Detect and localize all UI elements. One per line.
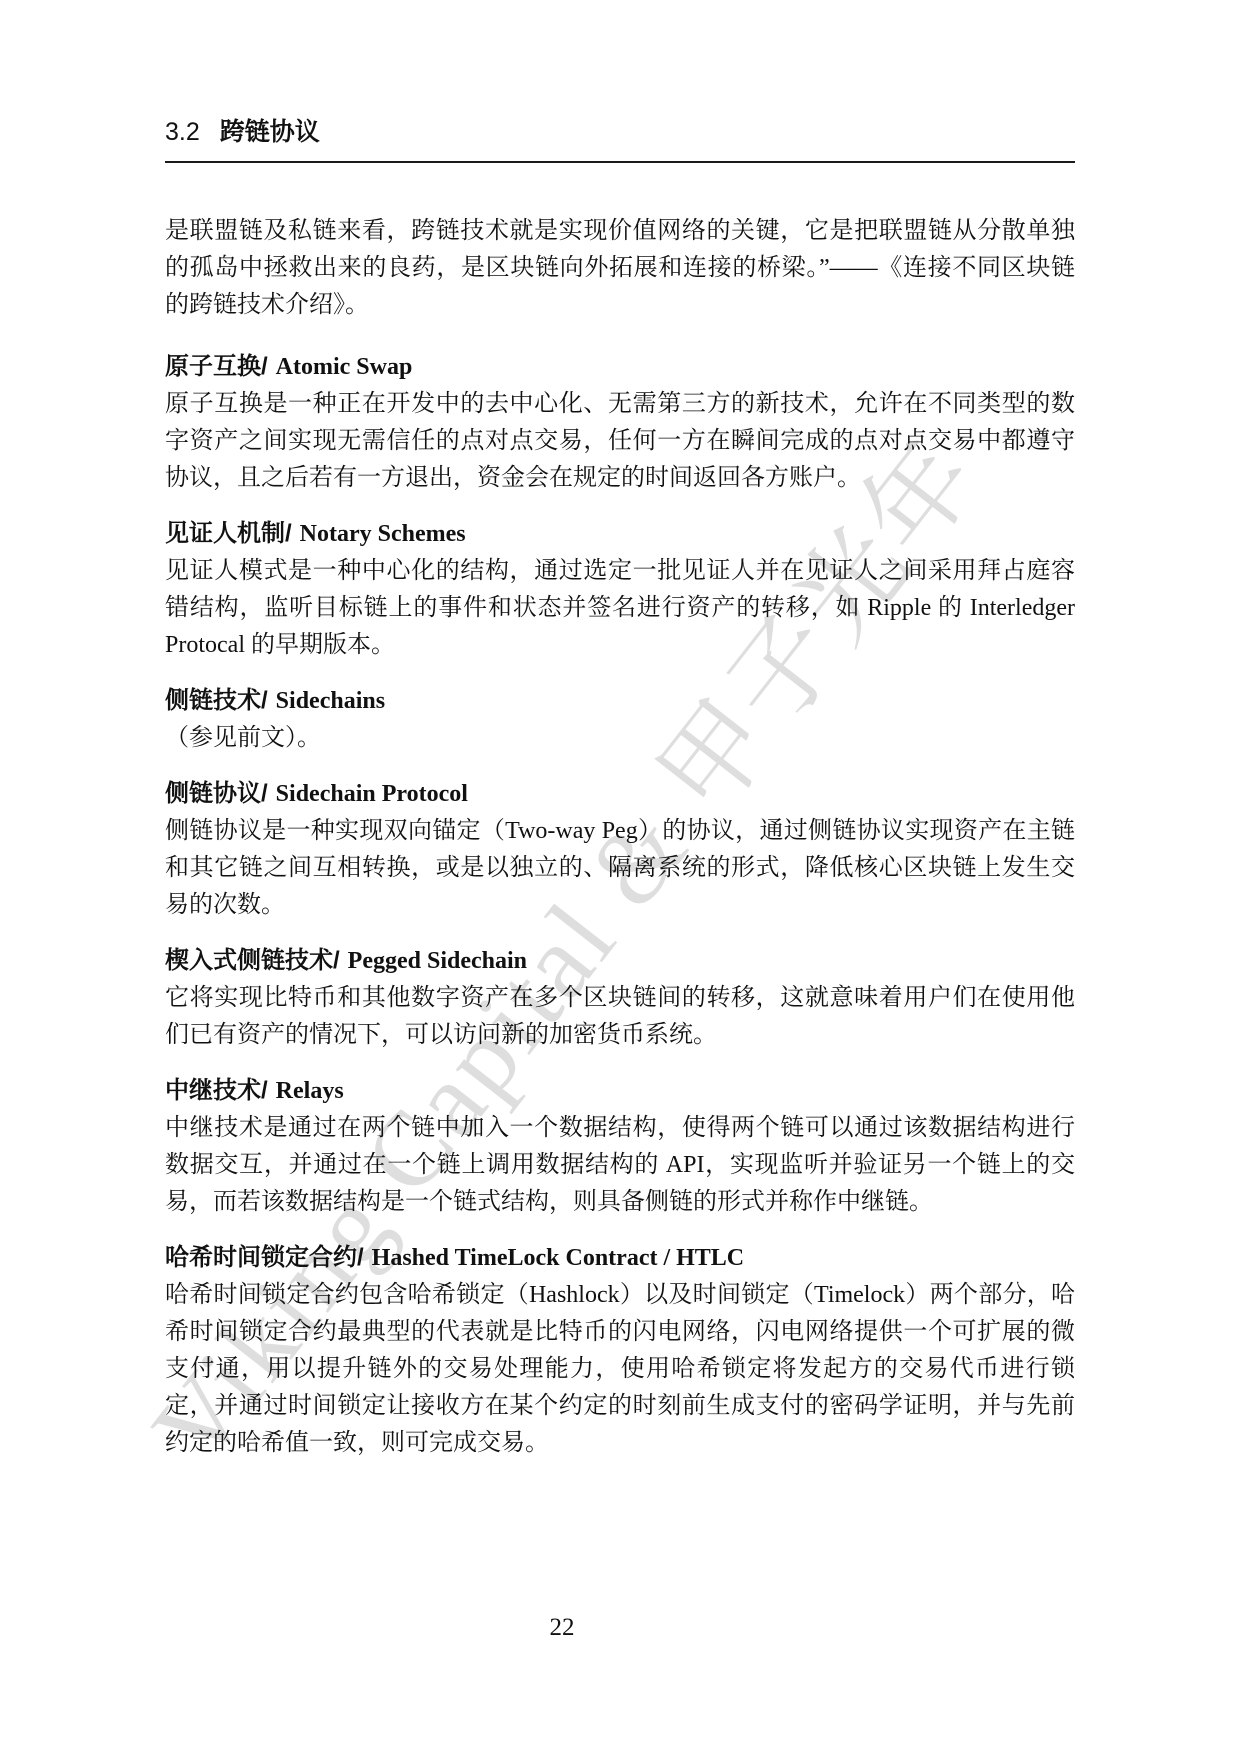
heading-zh: 侧链技术/ <box>165 687 268 714</box>
heading-en: Sidechain Protocol <box>276 781 468 807</box>
document-page: Viking Capital & 甲子光年 3.2 跨链协议 是联盟链及私链来看… <box>0 0 1240 1754</box>
page-content: 3.2 跨链协议 是联盟链及私链来看，跨链技术就是实现价值网络的关键，它是把联盟… <box>165 112 1075 1462</box>
section-sidechain-protocol: 侧链协议/Sidechain Protocol 侧链协议是一种实现双向锚定（Tw… <box>165 775 1075 924</box>
section-title: 跨链协议 <box>220 112 320 148</box>
section-heading: 见证人机制/Notary Schemes <box>165 515 1075 553</box>
section-body: 侧链协议是一种实现双向锚定（Two-way Peg）的协议，通过侧链协议实现资产… <box>165 813 1075 924</box>
section-relays: 中继技术/Relays 中继技术是通过在两个链中加入一个数据结构，使得两个链可以… <box>165 1072 1075 1221</box>
heading-en: Hashed TimeLock Contract / HTLC <box>372 1245 744 1271</box>
section-heading: 楔入式侧链技术/Pegged Sidechain <box>165 942 1075 980</box>
heading-zh: 哈希时间锁定合约/ <box>165 1244 364 1271</box>
section-body: 中继技术是通过在两个链中加入一个数据结构，使得两个链可以通过该数据结构进行数据交… <box>165 1110 1075 1221</box>
section-body: 它将实现比特币和其他数字资产在多个区块链间的转移，这就意味着用户们在使用他们已有… <box>165 980 1075 1054</box>
section-number: 3.2 <box>165 118 200 147</box>
section-heading: 侧链协议/Sidechain Protocol <box>165 775 1075 813</box>
section-body: 见证人模式是一种中心化的结构，通过选定一批见证人并在见证人之间采用拜占庭容错结构… <box>165 553 1075 664</box>
section-heading: 哈希时间锁定合约/Hashed TimeLock Contract / HTLC <box>165 1239 1075 1277</box>
section-heading: 中继技术/Relays <box>165 1072 1075 1110</box>
section-header: 3.2 跨链协议 <box>165 112 1075 163</box>
section-body: （参见前文）。 <box>165 720 1075 757</box>
section-heading: 侧链技术/Sidechains <box>165 682 1075 720</box>
heading-en: Pegged Sidechain <box>348 948 527 974</box>
section-body: 原子互换是一种正在开发中的去中心化、无需第三方的新技术，允许在不同类型的数字资产… <box>165 386 1075 497</box>
intro-paragraph: 是联盟链及私链来看，跨链技术就是实现价值网络的关键，它是把联盟链从分散单独的孤岛… <box>165 213 1075 324</box>
heading-zh: 楔入式侧链技术/ <box>165 947 340 974</box>
heading-en: Atomic Swap <box>276 354 413 380</box>
page-number: 22 <box>550 1614 575 1642</box>
section-htlc: 哈希时间锁定合约/Hashed TimeLock Contract / HTLC… <box>165 1239 1075 1462</box>
heading-en: Sidechains <box>276 688 385 714</box>
section-notary-schemes: 见证人机制/Notary Schemes 见证人模式是一种中心化的结构，通过选定… <box>165 515 1075 664</box>
section-sidechains: 侧链技术/Sidechains （参见前文）。 <box>165 682 1075 757</box>
heading-zh: 见证人机制/ <box>165 520 292 547</box>
heading-zh: 原子互换/ <box>165 353 268 380</box>
heading-en: Relays <box>276 1078 344 1104</box>
section-heading: 原子互换/Atomic Swap <box>165 348 1075 386</box>
section-atomic-swap: 原子互换/Atomic Swap 原子互换是一种正在开发中的去中心化、无需第三方… <box>165 348 1075 497</box>
heading-zh: 侧链协议/ <box>165 780 268 807</box>
heading-en: Notary Schemes <box>300 521 466 547</box>
section-pegged-sidechain: 楔入式侧链技术/Pegged Sidechain 它将实现比特币和其他数字资产在… <box>165 942 1075 1054</box>
section-body: 哈希时间锁定合约包含哈希锁定（Hashlock）以及时间锁定（Timelock）… <box>165 1277 1075 1462</box>
heading-zh: 中继技术/ <box>165 1077 268 1104</box>
